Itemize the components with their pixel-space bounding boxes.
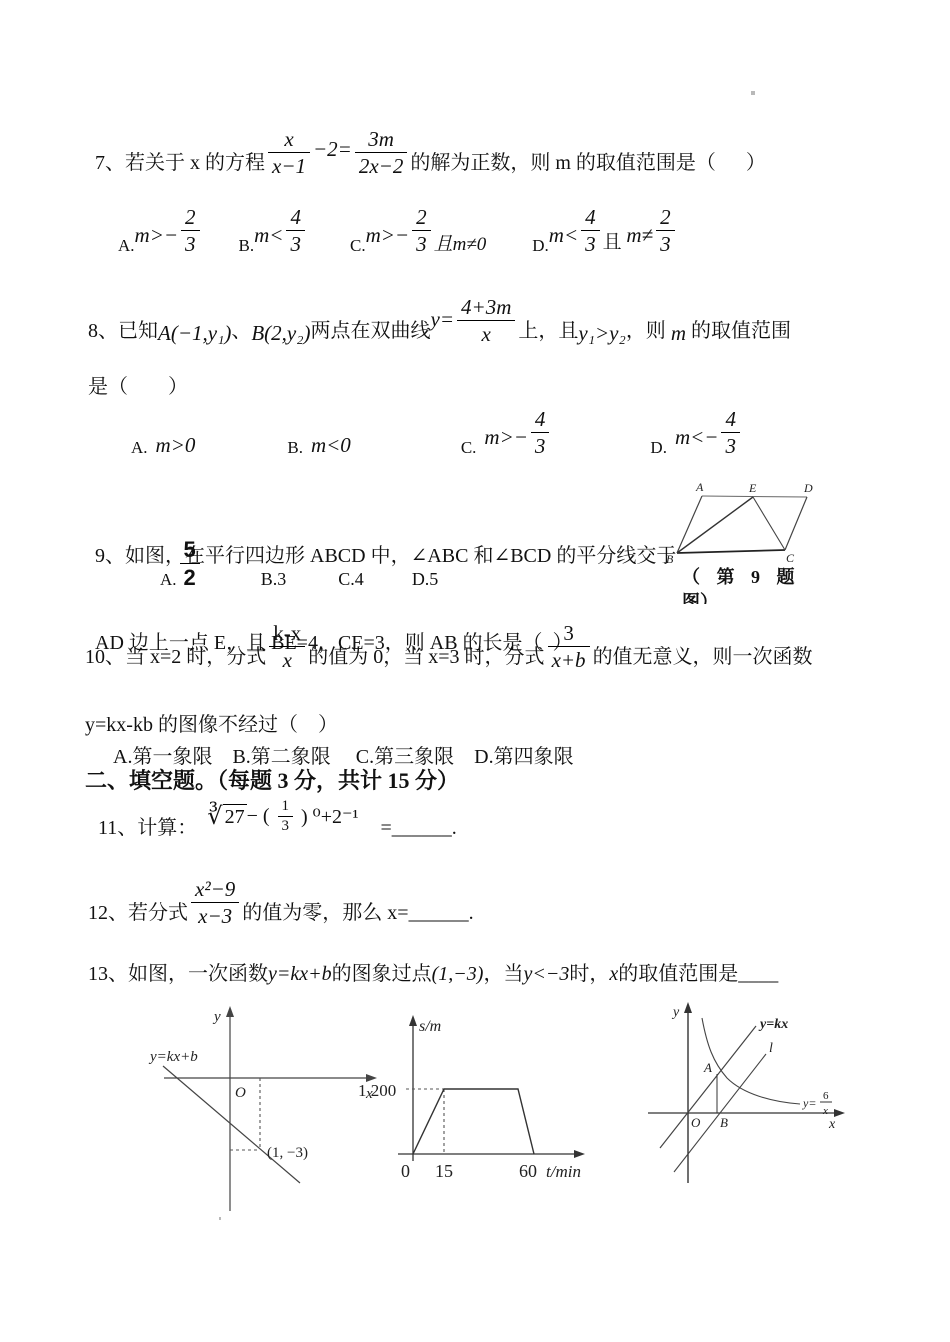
q11-expression: ∛27− ( 13 ) ⁰+2⁻¹ — [207, 798, 358, 835]
q7-text: 7、若关于 x 的方程 — [95, 149, 265, 178]
question-12: 12、若分式 x²−9 x−3 的值为零，那么 x=______. — [88, 878, 474, 928]
line-ykx-label: y=kx — [758, 1017, 788, 1032]
q10-fraction-2: 3 x+b — [548, 622, 590, 672]
option-7b: B. m< 4 3 — [239, 206, 308, 256]
q13-distance-time-figure: s/m 1 200 0 15 60 t/min — [350, 1013, 600, 1198]
q11-label: 11、计算： — [98, 814, 197, 843]
vertex-e-label: E — [748, 481, 757, 495]
question-8: 8、已知 A(−1,y₁) 、 B(2,y₂) 两点在双曲线 y= 4+3m x… — [88, 296, 791, 346]
x-axis-arrow — [574, 1150, 585, 1158]
point-label: (1, −3) — [267, 1145, 308, 1161]
stray-mark — [751, 91, 755, 95]
cube-root-sign: ∛ — [207, 802, 222, 831]
vertex-a-label: A — [695, 480, 704, 494]
hyperbola-eq-num: 6 — [823, 1090, 829, 1102]
question-8-options: A. m>0 B. m<0 C. m>− 4 3 D. m<− 4 3 — [131, 408, 743, 458]
question-7-options: A. m>− 2 3 B. m< 4 3 C. m>− 2 3 且m≠0 D. … — [118, 206, 678, 256]
q10-line2: y=kx-kb 的图像不经过（ ） — [85, 708, 338, 737]
line-equation-label: y=kx+b — [148, 1049, 198, 1065]
tick-15: 15 — [435, 1161, 453, 1181]
section-2-header: 二、填空题。（每题 3 分，共计 15 分） — [85, 764, 459, 795]
option-9b: B.3 — [261, 569, 287, 590]
option-9d: D.5 — [412, 569, 439, 590]
q7-text-suffix: 的解为正数，则 m 的取值范围是（ ） — [410, 149, 766, 178]
point-a-label: A — [703, 1060, 712, 1075]
q10-fraction-1: k-x x — [269, 622, 305, 672]
question-9-options: A. 5 2 B.3 C.4 D.5 — [160, 538, 438, 590]
q12-label: 12、若分式 — [88, 899, 188, 928]
q7-fraction-1: x x−1 — [268, 128, 310, 178]
y-axis-label: y — [212, 1009, 221, 1025]
question-11: 11、计算： ∛27− ( 13 ) ⁰+2⁻¹ =______. — [98, 798, 457, 843]
question-10: 10、当 x=2 时，分式 k-x x 的值为 0，当 x=3 时，分式 3 x… — [85, 622, 813, 672]
y-axis-arrow — [226, 1006, 234, 1017]
line-l-label: l — [769, 1041, 773, 1056]
q12-fraction: x²−9 x−3 — [191, 878, 239, 928]
hyperbola-eq-prefix: y= — [802, 1096, 816, 1110]
q7-equals: −2= — [313, 137, 352, 162]
question-13: 13、如图，一次函数 y=kx+b 的图象过点 (1,−3) ，当 y<−3 时… — [88, 960, 778, 989]
point-b-label: B — [720, 1115, 728, 1130]
option-7d: D. m< 4 3 且 m≠ 2 3 — [532, 206, 677, 256]
origin-label: O — [235, 1085, 246, 1101]
q11-blank: =______. — [381, 814, 457, 843]
q9-parallelogram-figure: A E D B C — [655, 478, 845, 570]
y-axis-label: s/m — [419, 1018, 441, 1035]
option-7c: C. m>− 2 3 且m≠0 — [350, 206, 486, 256]
vertex-d-label: D — [803, 481, 813, 495]
x-axis-label: x — [828, 1117, 836, 1132]
q13-hyperbola-figure: y x O y=kx l A B y= 6 x — [630, 998, 930, 1223]
distance-time-curve — [413, 1089, 534, 1154]
q12-suffix: 的值为零，那么 x=______. — [242, 899, 473, 928]
tick-0: 0 — [401, 1161, 410, 1181]
y-axis-arrow — [684, 1002, 692, 1013]
q9-figure-caption: （ 第 9 题 — [682, 563, 801, 589]
x-axis-label: t/min — [546, 1162, 581, 1181]
option-9c: C.4 — [338, 569, 364, 590]
origin-label: O — [691, 1115, 701, 1130]
option-8a: A. m>0 — [131, 433, 195, 458]
q7-fraction-2: 3m 2x−2 — [355, 128, 408, 178]
q9-figure-caption-clipped: 图） — [682, 592, 802, 604]
y-axis-arrow — [409, 1015, 417, 1026]
q8-fraction: 4+3m x — [457, 296, 515, 346]
option-8b: B. m<0 — [287, 433, 350, 458]
tick-60: 60 — [519, 1161, 537, 1181]
y-axis-label: y — [671, 1005, 680, 1020]
q8-line2: 是（ ） — [88, 370, 188, 399]
question-7: 7、若关于 x 的方程 x x−1 −2= 3m 2x−2 的解为正数，则 m … — [95, 128, 766, 178]
document-page: { "q7": { "prefix": "7、若关于 x 的方程", "f1n"… — [0, 0, 950, 1342]
x-axis-arrow — [834, 1109, 845, 1117]
option-8c: C. m>− 4 3 — [461, 408, 553, 458]
y-max-label: 1 200 — [358, 1081, 396, 1100]
option-8d: D. m<− 4 3 — [650, 408, 743, 458]
vertex-b-label: B — [666, 552, 674, 566]
option-9a: A. 5 2 — [160, 538, 203, 590]
option-7a: A. m>− 2 3 — [118, 206, 203, 256]
hyperbola-eq-den: x — [822, 1105, 828, 1117]
